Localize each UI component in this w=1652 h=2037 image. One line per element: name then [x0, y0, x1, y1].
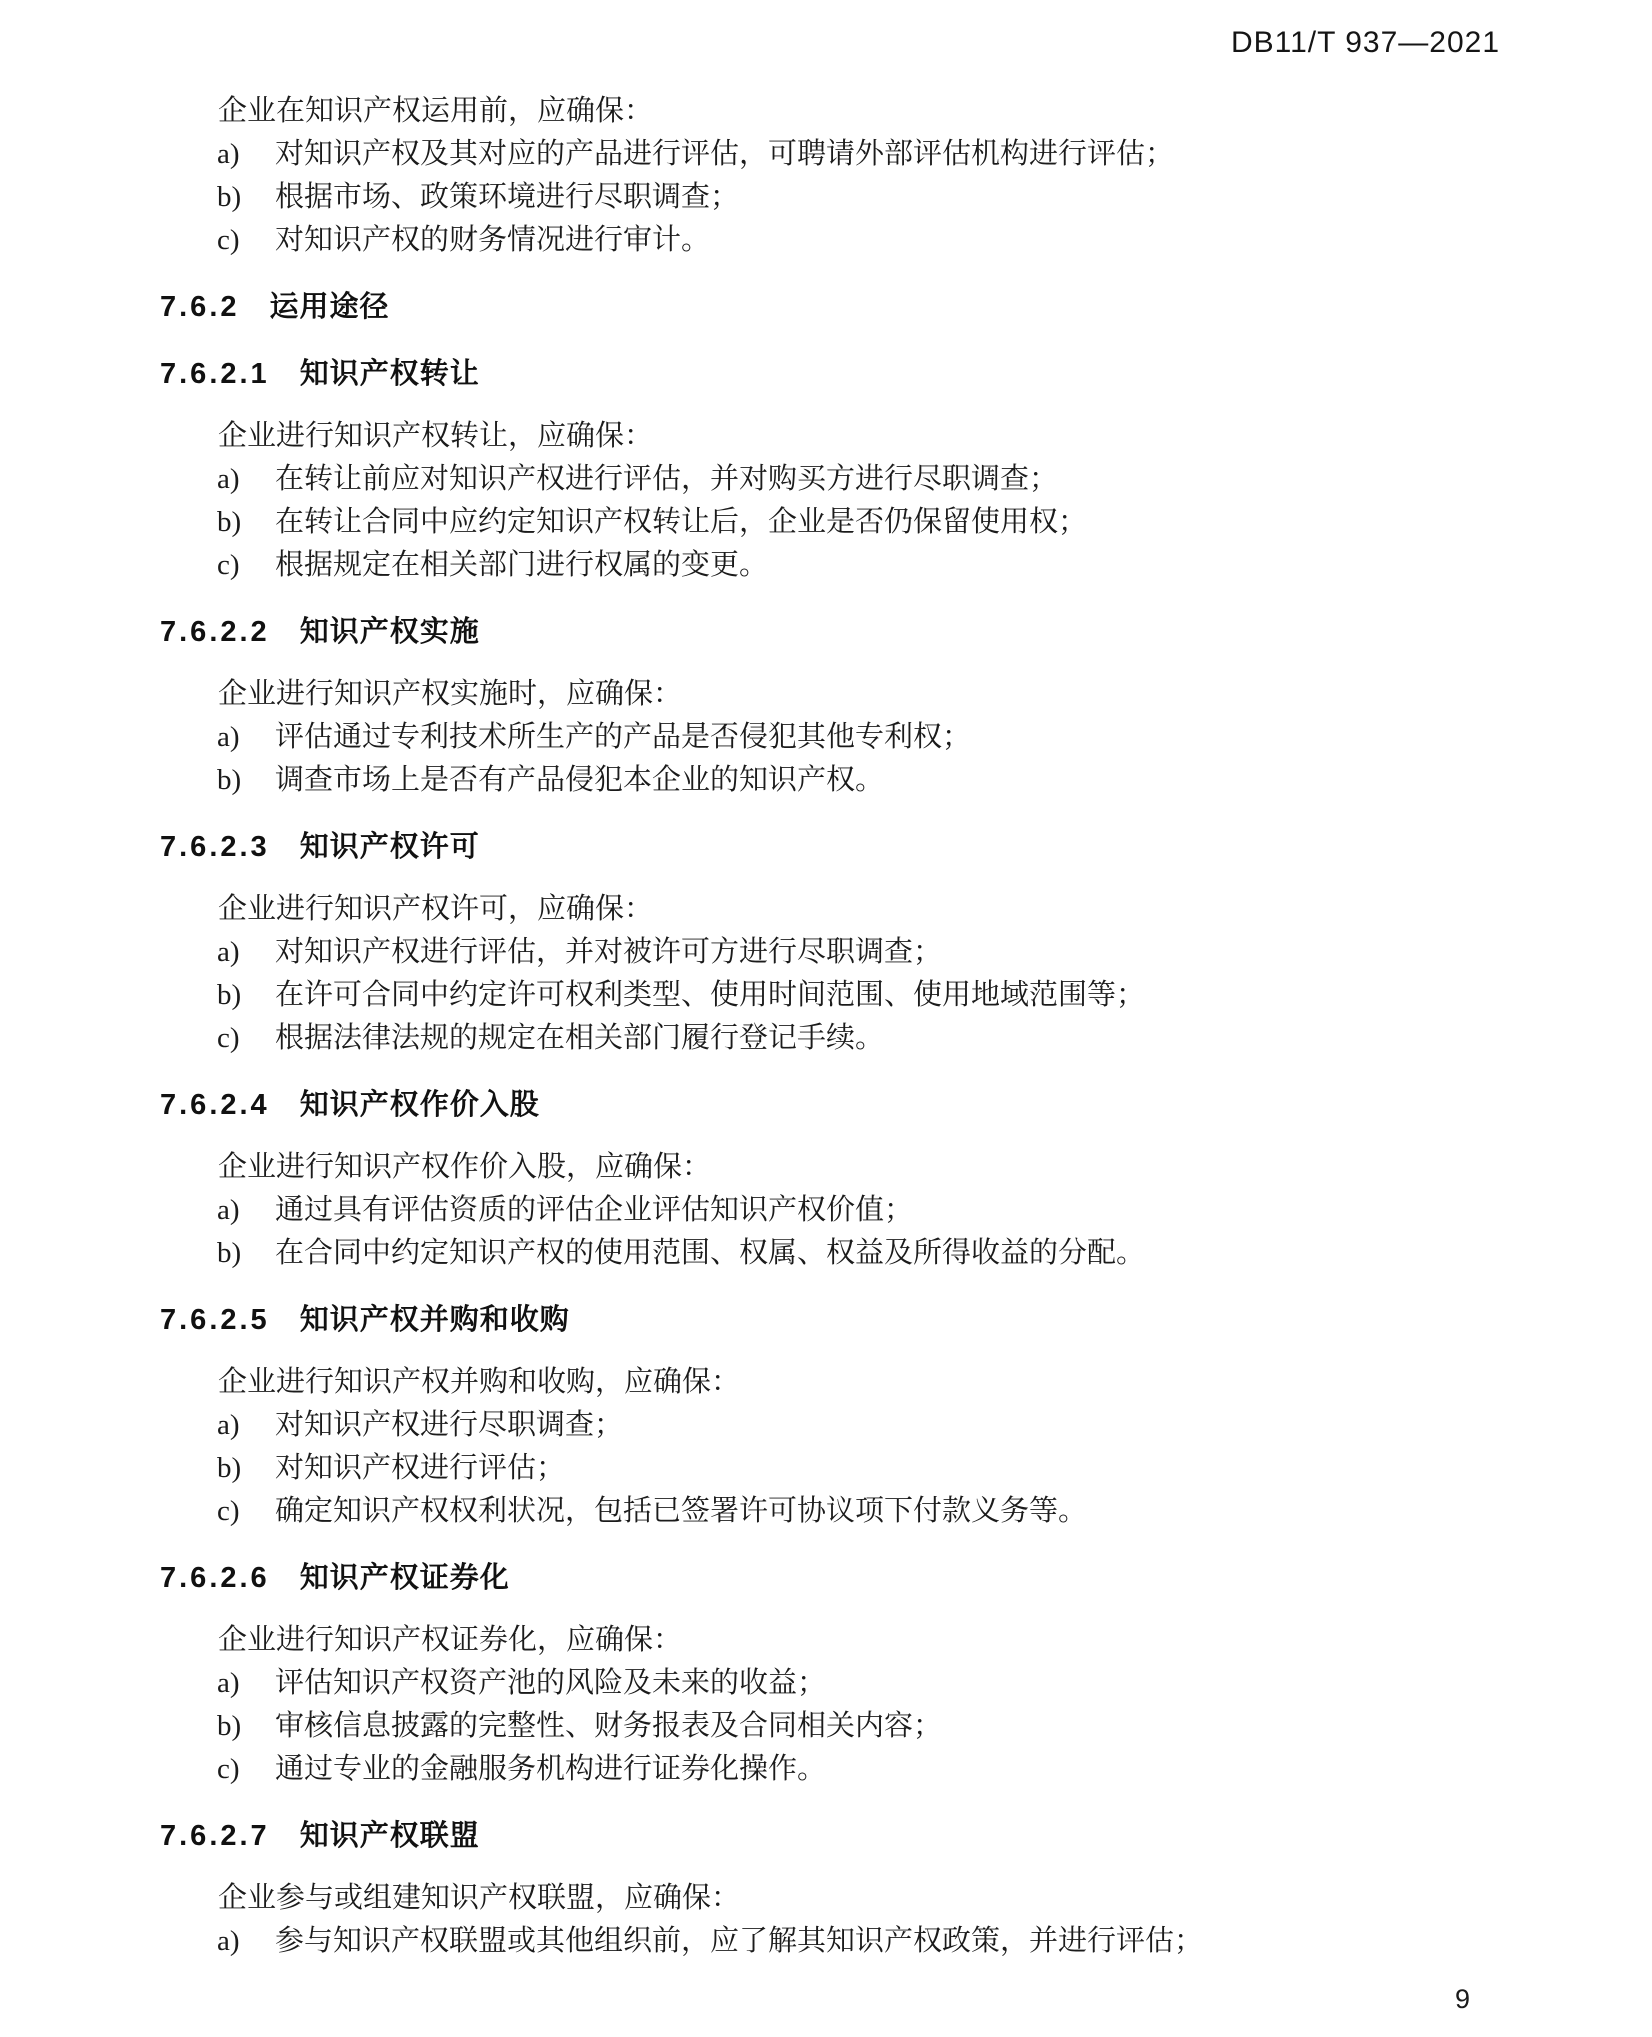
list-item-text: 确定知识产权权利状况，包括已签署许可协议项下付款义务等。 [275, 1490, 1542, 1533]
list-item-label: c) [217, 1017, 275, 1060]
section-title: 知识产权证券化 [300, 1557, 510, 1600]
list-item: a)参与知识产权联盟或其他组织前，应了解其知识产权政策，并进行评估； [0, 1920, 1652, 1963]
list-item-label: b) [217, 759, 275, 802]
list-item-label: b) [217, 176, 275, 219]
section-number: 7.6.2.5 [160, 1299, 270, 1342]
list-item: a)评估通过专利技术所生产的产品是否侵犯其他专利权； [0, 716, 1652, 759]
section-heading: 7.6.2.3知识产权许可 [0, 826, 1652, 869]
paragraph: 企业进行知识产权作价入股，应确保： [0, 1146, 1652, 1189]
section-number: 7.6.2.7 [160, 1815, 270, 1858]
section-heading: 7.6.2.7知识产权联盟 [0, 1815, 1652, 1858]
section-heading: 7.6.2.2知识产权实施 [0, 611, 1652, 654]
document-code-header: DB11/T 937—2021 [1231, 26, 1500, 60]
list-item: b)调查市场上是否有产品侵犯本企业的知识产权。 [0, 759, 1652, 802]
list-item: a)通过具有评估资质的评估企业评估知识产权价值； [0, 1189, 1652, 1232]
list-item-text: 根据市场、政策环境进行尽职调查； [275, 176, 1542, 219]
list-item: c)根据规定在相关部门进行权属的变更。 [0, 544, 1652, 587]
section-number: 7.6.2 [160, 286, 240, 329]
list-item: b)根据市场、政策环境进行尽职调查； [0, 176, 1652, 219]
section-number: 7.6.2.3 [160, 826, 270, 869]
list-item-text: 通过具有评估资质的评估企业评估知识产权价值； [275, 1189, 1542, 1232]
list-item: b)在合同中约定知识产权的使用范围、权属、权益及所得收益的分配。 [0, 1232, 1652, 1275]
list-item-text: 在转让合同中应约定知识产权转让后，企业是否仍保留使用权； [275, 501, 1542, 544]
list-item-label: a) [217, 1189, 275, 1232]
list-item: c)确定知识产权权利状况，包括已签署许可协议项下付款义务等。 [0, 1490, 1652, 1533]
document-content: 企业在知识产权运用前，应确保：a)对知识产权及其对应的产品进行评估，可聘请外部评… [0, 90, 1652, 1963]
list-item-label: a) [217, 133, 275, 176]
section-number: 7.6.2.1 [160, 353, 270, 396]
list-item: a)对知识产权进行尽职调查； [0, 1404, 1652, 1447]
list-item-label: a) [217, 1662, 275, 1705]
section-title: 知识产权转让 [300, 353, 480, 396]
paragraph: 企业进行知识产权并购和收购，应确保： [0, 1361, 1652, 1404]
list-item-text: 在许可合同中约定许可权利类型、使用时间范围、使用地域范围等； [275, 974, 1542, 1017]
list-item-label: a) [217, 1920, 275, 1963]
list-item-text: 评估通过专利技术所生产的产品是否侵犯其他专利权； [275, 716, 1542, 759]
section-heading: 7.6.2.6知识产权证券化 [0, 1557, 1652, 1600]
section-heading: 7.6.2.1知识产权转让 [0, 353, 1652, 396]
page-number: 9 [1455, 1984, 1470, 2015]
section-heading: 7.6.2.4知识产权作价入股 [0, 1084, 1652, 1127]
list-item-text: 对知识产权及其对应的产品进行评估，可聘请外部评估机构进行评估； [275, 133, 1542, 176]
section-title: 知识产权联盟 [300, 1815, 480, 1858]
section-title: 知识产权实施 [300, 611, 480, 654]
list-item: b)在许可合同中约定许可权利类型、使用时间范围、使用地域范围等； [0, 974, 1652, 1017]
list-item-label: b) [217, 1232, 275, 1275]
list-item-text: 根据规定在相关部门进行权属的变更。 [275, 544, 1542, 587]
list-item: c)对知识产权的财务情况进行审计。 [0, 219, 1652, 262]
list-item-label: c) [217, 1490, 275, 1533]
section-number: 7.6.2.6 [160, 1557, 270, 1600]
section-title: 运用途径 [270, 286, 390, 329]
list-item: a)对知识产权及其对应的产品进行评估，可聘请外部评估机构进行评估； [0, 133, 1652, 176]
section-title: 知识产权许可 [300, 826, 480, 869]
list-item-text: 对知识产权进行评估； [275, 1447, 1542, 1490]
list-item-label: a) [217, 1404, 275, 1447]
list-item-text: 评估知识产权资产池的风险及未来的收益； [275, 1662, 1542, 1705]
list-item-text: 对知识产权进行尽职调查； [275, 1404, 1542, 1447]
list-item: c)根据法律法规的规定在相关部门履行登记手续。 [0, 1017, 1652, 1060]
list-item-label: b) [217, 1447, 275, 1490]
list-item-text: 参与知识产权联盟或其他组织前，应了解其知识产权政策，并进行评估； [275, 1920, 1542, 1963]
list-item-text: 在合同中约定知识产权的使用范围、权属、权益及所得收益的分配。 [275, 1232, 1542, 1275]
section-title: 知识产权并购和收购 [300, 1299, 570, 1342]
list-item-text: 通过专业的金融服务机构进行证券化操作。 [275, 1748, 1542, 1791]
list-item-label: b) [217, 974, 275, 1017]
list-item-text: 根据法律法规的规定在相关部门履行登记手续。 [275, 1017, 1542, 1060]
section-number: 7.6.2.4 [160, 1084, 270, 1127]
list-item-label: a) [217, 458, 275, 501]
list-item-label: a) [217, 931, 275, 974]
paragraph: 企业进行知识产权许可，应确保： [0, 888, 1652, 931]
list-item: b)审核信息披露的完整性、财务报表及合同相关内容； [0, 1705, 1652, 1748]
paragraph: 企业参与或组建知识产权联盟，应确保： [0, 1877, 1652, 1920]
section-number: 7.6.2.2 [160, 611, 270, 654]
section-title: 知识产权作价入股 [300, 1084, 540, 1127]
list-item-label: b) [217, 501, 275, 544]
list-item-label: c) [217, 219, 275, 262]
paragraph: 企业进行知识产权转让，应确保： [0, 415, 1652, 458]
list-item-text: 在转让前应对知识产权进行评估，并对购买方进行尽职调查； [275, 458, 1542, 501]
list-item: a)评估知识产权资产池的风险及未来的收益； [0, 1662, 1652, 1705]
list-item: a)对知识产权进行评估，并对被许可方进行尽职调查； [0, 931, 1652, 974]
list-item: c)通过专业的金融服务机构进行证券化操作。 [0, 1748, 1652, 1791]
list-item: b)对知识产权进行评估； [0, 1447, 1652, 1490]
document-page: DB11/T 937—2021 企业在知识产权运用前，应确保：a)对知识产权及其… [0, 0, 1652, 2037]
list-item-label: b) [217, 1705, 275, 1748]
list-item-text: 对知识产权进行评估，并对被许可方进行尽职调查； [275, 931, 1542, 974]
list-item: a)在转让前应对知识产权进行评估，并对购买方进行尽职调查； [0, 458, 1652, 501]
list-item: b)在转让合同中应约定知识产权转让后，企业是否仍保留使用权； [0, 501, 1652, 544]
list-item-text: 审核信息披露的完整性、财务报表及合同相关内容； [275, 1705, 1542, 1748]
section-heading: 7.6.2.5知识产权并购和收购 [0, 1299, 1652, 1342]
section-heading: 7.6.2运用途径 [0, 286, 1652, 329]
list-item-label: c) [217, 1748, 275, 1791]
paragraph: 企业进行知识产权证券化，应确保： [0, 1619, 1652, 1662]
paragraph: 企业进行知识产权实施时，应确保： [0, 673, 1652, 716]
list-item-label: a) [217, 716, 275, 759]
list-item-text: 调查市场上是否有产品侵犯本企业的知识产权。 [275, 759, 1542, 802]
list-item-text: 对知识产权的财务情况进行审计。 [275, 219, 1542, 262]
paragraph: 企业在知识产权运用前，应确保： [0, 90, 1652, 133]
list-item-label: c) [217, 544, 275, 587]
